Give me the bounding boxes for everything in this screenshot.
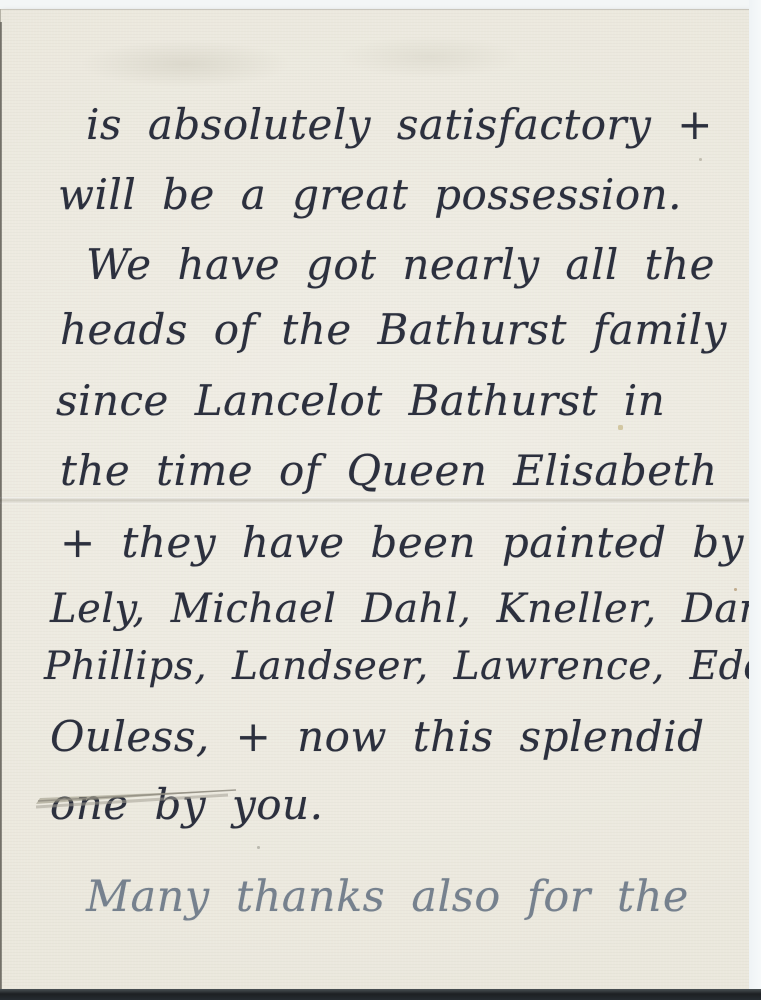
scan-right-margin [749, 0, 761, 1000]
scan-left-edge [0, 22, 2, 994]
handwriting-line: since Lancelot Bathurst in [56, 376, 665, 425]
handwriting-line: Ouless, + now this splendid [50, 712, 705, 761]
handwriting-line: + they have been painted by [60, 518, 744, 567]
handwriting-line: the time of Queen Elisabeth [60, 446, 718, 495]
handwriting-line: is absolutely satisfactory + [86, 100, 713, 149]
handwriting-line: will be a great possession. [58, 170, 682, 219]
letter-page: is absolutely satisfactory +will be a gr… [0, 9, 749, 989]
handwriting-line: We have got nearly all the [86, 240, 715, 289]
handwriting-line: Phillips, Landseer, Lawrence, Eddis [44, 644, 761, 689]
handwriting-line: Lely, Michael Dahl, Kneller, Dance [50, 586, 761, 632]
paper-specks [0, 9, 1, 10]
scan-bottom-edge [0, 989, 761, 1000]
fold-crease [0, 497, 749, 504]
handwriting-line: heads of the Bathurst family [60, 305, 727, 354]
pencil-underline-mark [36, 783, 246, 815]
handwriting-line: Many thanks also for the [86, 872, 689, 922]
